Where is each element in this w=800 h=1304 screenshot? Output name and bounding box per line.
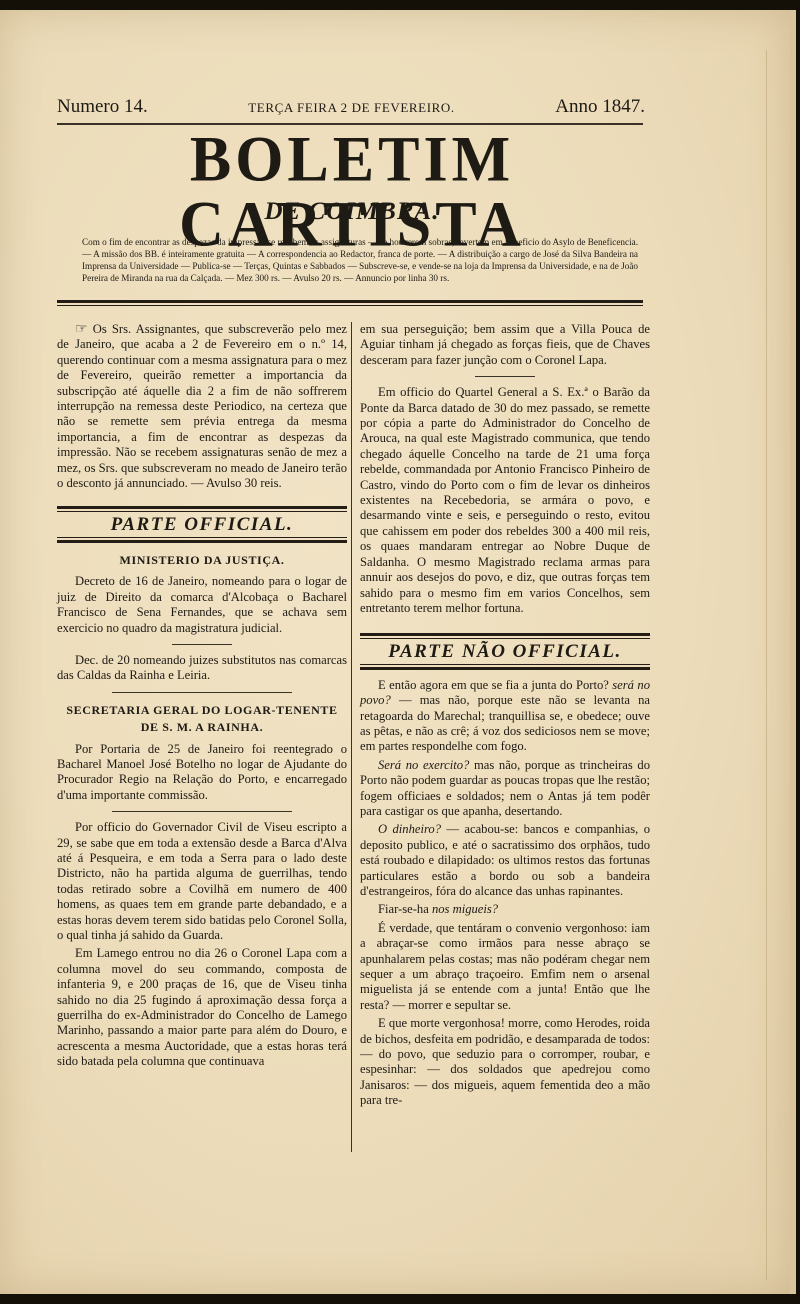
section-title-official: PARTE OFFICIAL. bbox=[57, 512, 347, 536]
italic-run: Será no exercito? bbox=[378, 758, 469, 772]
header-double-rule bbox=[57, 300, 643, 306]
portaria-paragraph: Por Portaria de 25 de Janeiro foi reente… bbox=[57, 742, 347, 804]
newspaper-page: Numero 14. Terça Feira 2 de Fevereiro. A… bbox=[0, 10, 796, 1294]
quartel-report-paragraph: Em officio do Quartel General a S. Ex.ª … bbox=[360, 385, 650, 616]
separator-rule bbox=[475, 376, 535, 377]
separator-rule bbox=[112, 811, 292, 812]
editorial-paragraph: O dinheiro? — acabou-se: bancos e compan… bbox=[360, 822, 650, 899]
subscriber-notice: ☞ Os Srs. Assignantes, que subscreverão … bbox=[57, 322, 347, 491]
editorial-paragraph: Será no exercito? mas não, porque as tri… bbox=[360, 758, 650, 820]
publication-notice: Com o fim de encontrar as despezas da im… bbox=[82, 236, 638, 284]
editorial-paragraph: E então agora em que se fia a junta do P… bbox=[360, 678, 650, 755]
text-run: — mas não, porque este não se levanta na… bbox=[360, 693, 650, 753]
secretaria-heading-line2: DE S. M. A RAINHA. bbox=[57, 720, 347, 735]
continuation-paragraph: em sua perseguição; bem assim que a Vill… bbox=[360, 322, 650, 368]
issue-year: Anno 1847. bbox=[555, 96, 645, 118]
ministry-heading: MINISTERIO DA JUSTIÇA. bbox=[57, 553, 347, 568]
issue-number: Numero 14. bbox=[57, 96, 148, 118]
separator-rule bbox=[112, 692, 292, 693]
subscriber-notice-text: Os Srs. Assignantes, que subscreverão pe… bbox=[57, 322, 347, 490]
viseu-report-paragraph: Por officio do Governador Civil de Viseu… bbox=[57, 820, 347, 943]
newspaper-subtitle: DE COIMBRA. bbox=[62, 198, 642, 226]
editorial-paragraph: É verdade, que tentáram o convenio vergo… bbox=[360, 921, 650, 1013]
secretaria-heading: SECRETARIA GERAL DO LOGAR-TENENTE bbox=[57, 703, 347, 718]
italic-run: nos migueis? bbox=[432, 902, 498, 916]
separator-rule bbox=[172, 644, 232, 645]
section-rule-bottom bbox=[57, 537, 347, 543]
lamego-report-paragraph: Em Lamego entrou no dia 26 o Coronel Lap… bbox=[57, 946, 347, 1069]
decree-paragraph: Decreto de 16 de Janeiro, nomeando para … bbox=[57, 574, 347, 636]
decree-paragraph: Dec. de 20 nomeando juizes substitutos n… bbox=[57, 653, 347, 684]
italic-run: O dinheiro? bbox=[378, 822, 441, 836]
editorial-paragraph: E que morte vergonhosa! morre, como Hero… bbox=[360, 1016, 650, 1108]
section-title-non-official: PARTE NÃO OFFICIAL. bbox=[360, 639, 650, 663]
text-run: Fiar-se-ha bbox=[378, 902, 432, 916]
left-column: ☞ Os Srs. Assignantes, que subscreverão … bbox=[57, 322, 347, 1073]
editorial-paragraph: Fiar-se-ha nos migueis? bbox=[360, 902, 650, 917]
right-column: em sua perseguição; bem assim que a Vill… bbox=[360, 322, 650, 1112]
text-run: E então agora em que se fia a junta do P… bbox=[378, 678, 612, 692]
paper-fold-crease bbox=[766, 50, 767, 1280]
column-divider bbox=[351, 322, 352, 1152]
masthead-info-line: Numero 14. Terça Feira 2 de Fevereiro. A… bbox=[57, 96, 645, 122]
issue-date: Terça Feira 2 de Fevereiro. bbox=[248, 100, 455, 116]
pointing-hand-icon: ☞ bbox=[75, 322, 88, 337]
